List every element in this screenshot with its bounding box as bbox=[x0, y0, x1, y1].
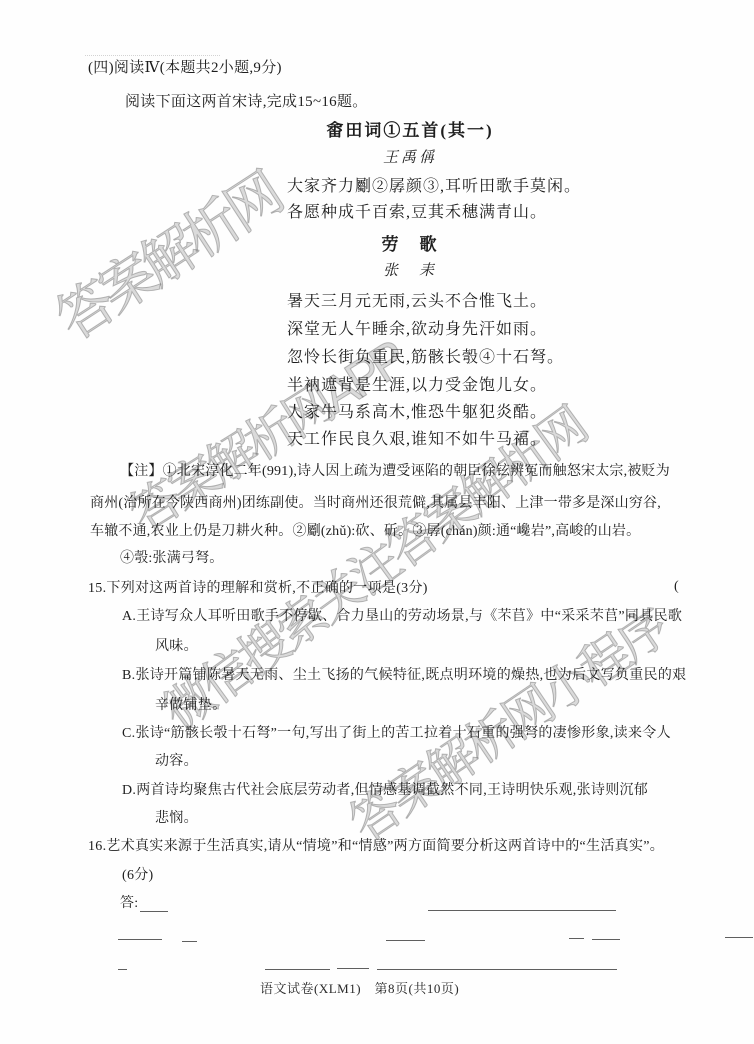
exam-page: 答案解析网 答案解析网APP 微信搜索关注答案解析网 答案解析网小程序 (四)阅… bbox=[0, 0, 754, 1044]
poem1-line: 大家齐力劚②孱颜③,耳听田歌手莫闲。 bbox=[287, 179, 581, 195]
note-line: ④彀:张满弓弩。 bbox=[120, 552, 224, 566]
poem1-author: 王禹偁 bbox=[60, 151, 754, 166]
note-line: 【注】①北宋淳化二年(991),诗人因上疏为遭受诬陷的朝臣徐铉辨冤而触怒宋太宗,… bbox=[120, 465, 670, 479]
answer-blank-line bbox=[592, 939, 620, 940]
answer-blank-line bbox=[386, 940, 425, 941]
poem1-title: 畬田词①五首(其一) bbox=[60, 122, 754, 139]
q15-option-b-line2: 辛做铺垫。 bbox=[155, 699, 227, 713]
answer-blank-line bbox=[428, 910, 616, 911]
reading-instruction: 阅读下面这两首宋诗,完成15~16题。 bbox=[125, 95, 368, 110]
q16-answer-label: 答: bbox=[120, 897, 139, 911]
q15-option-c-line1: C.张诗“筋骸长彀十石弩”一句,写出了街上的苦工拉着十石重的强弩的凄惨形象,读来… bbox=[122, 727, 671, 741]
q15-option-a-line2: 风味。 bbox=[155, 640, 198, 654]
poem2-line: 天工作民良久艰,谁知不如牛马福。 bbox=[287, 432, 547, 448]
answer-blank-line bbox=[265, 969, 330, 970]
answer-bracket: ( bbox=[674, 580, 679, 594]
scan-noise bbox=[85, 55, 220, 56]
poem1-line: 各愿种成千百索,豆萁禾穗满青山。 bbox=[287, 205, 547, 221]
q15-option-c-line2: 动容。 bbox=[155, 755, 198, 769]
page-footer: 语文试卷(XLM1) 第8页(共10页) bbox=[260, 982, 459, 995]
poem2-author: 张 耒 bbox=[60, 264, 754, 279]
answer-blank-line bbox=[725, 937, 753, 938]
answer-blank-line bbox=[569, 938, 584, 939]
q15-stem: 15.下列对这两首诗的理解和赏析,不正确的一项是(3分) bbox=[88, 582, 428, 596]
watermark-answer-site: 答案解析网 bbox=[48, 166, 288, 349]
q15-option-b-line1: B.张诗开篇铺陈暑天无雨、尘土飞扬的气候特征,既点明环境的燥热,也为后文写负重民… bbox=[122, 669, 686, 683]
q16-stem: 16.艺术真实来源于生活真实,请从“情境”和“情感”两方面简要分析这两首诗中的“… bbox=[88, 840, 664, 854]
section-heading: (四)阅读Ⅳ(本题共2小题,9分) bbox=[88, 61, 282, 76]
note-line: 车辙不通,农业上仍是刀耕火种。②劚(zhǔ):砍、斫。③孱(chán)颜:通“巉… bbox=[90, 525, 640, 539]
answer-blank-line bbox=[140, 911, 168, 912]
poem2-line: 人家牛马系高木,惟恐牛躯犯炎酷。 bbox=[287, 405, 547, 421]
poem2-line: 深堂无人午睡余,欲动身先汗如雨。 bbox=[287, 322, 547, 338]
poem2-title: 劳 歌 bbox=[60, 236, 754, 253]
q15-option-d-line2: 悲悯。 bbox=[155, 812, 198, 826]
poem2-line: 忽怜长街负重民,筋骸长彀④十石弩。 bbox=[287, 350, 564, 366]
answer-blank-line bbox=[118, 969, 127, 970]
answer-blank-line bbox=[377, 969, 617, 970]
answer-blank-line bbox=[337, 968, 369, 969]
poem2-line: 半衲遮背是生涯,以力受金饱儿女。 bbox=[287, 378, 547, 394]
poem2-line: 暑天三月元无雨,云头不合惟飞土。 bbox=[287, 294, 547, 310]
q16-score: (6分) bbox=[122, 869, 154, 883]
answer-blank-line bbox=[182, 941, 197, 942]
answer-blank-line bbox=[118, 939, 162, 940]
watermark-wechat-search: 微信搜索关注答案解析网 bbox=[155, 401, 594, 739]
q15-option-d-line1: D.两首诗均聚焦古代社会底层劳动者,但情感基调截然不同,王诗明快乐观,张诗则沉郁 bbox=[122, 784, 648, 798]
note-line: 商州(治所在今陕西商州)团练副使。当时商州还很荒僻,其属县丰阳、上津一带多是深山… bbox=[90, 497, 661, 511]
q15-option-a-line1: A.王诗写众人耳听田歌手不停歇、合力垦山的劳动场景,与《芣苢》中“采采芣苢”同具… bbox=[122, 610, 682, 624]
